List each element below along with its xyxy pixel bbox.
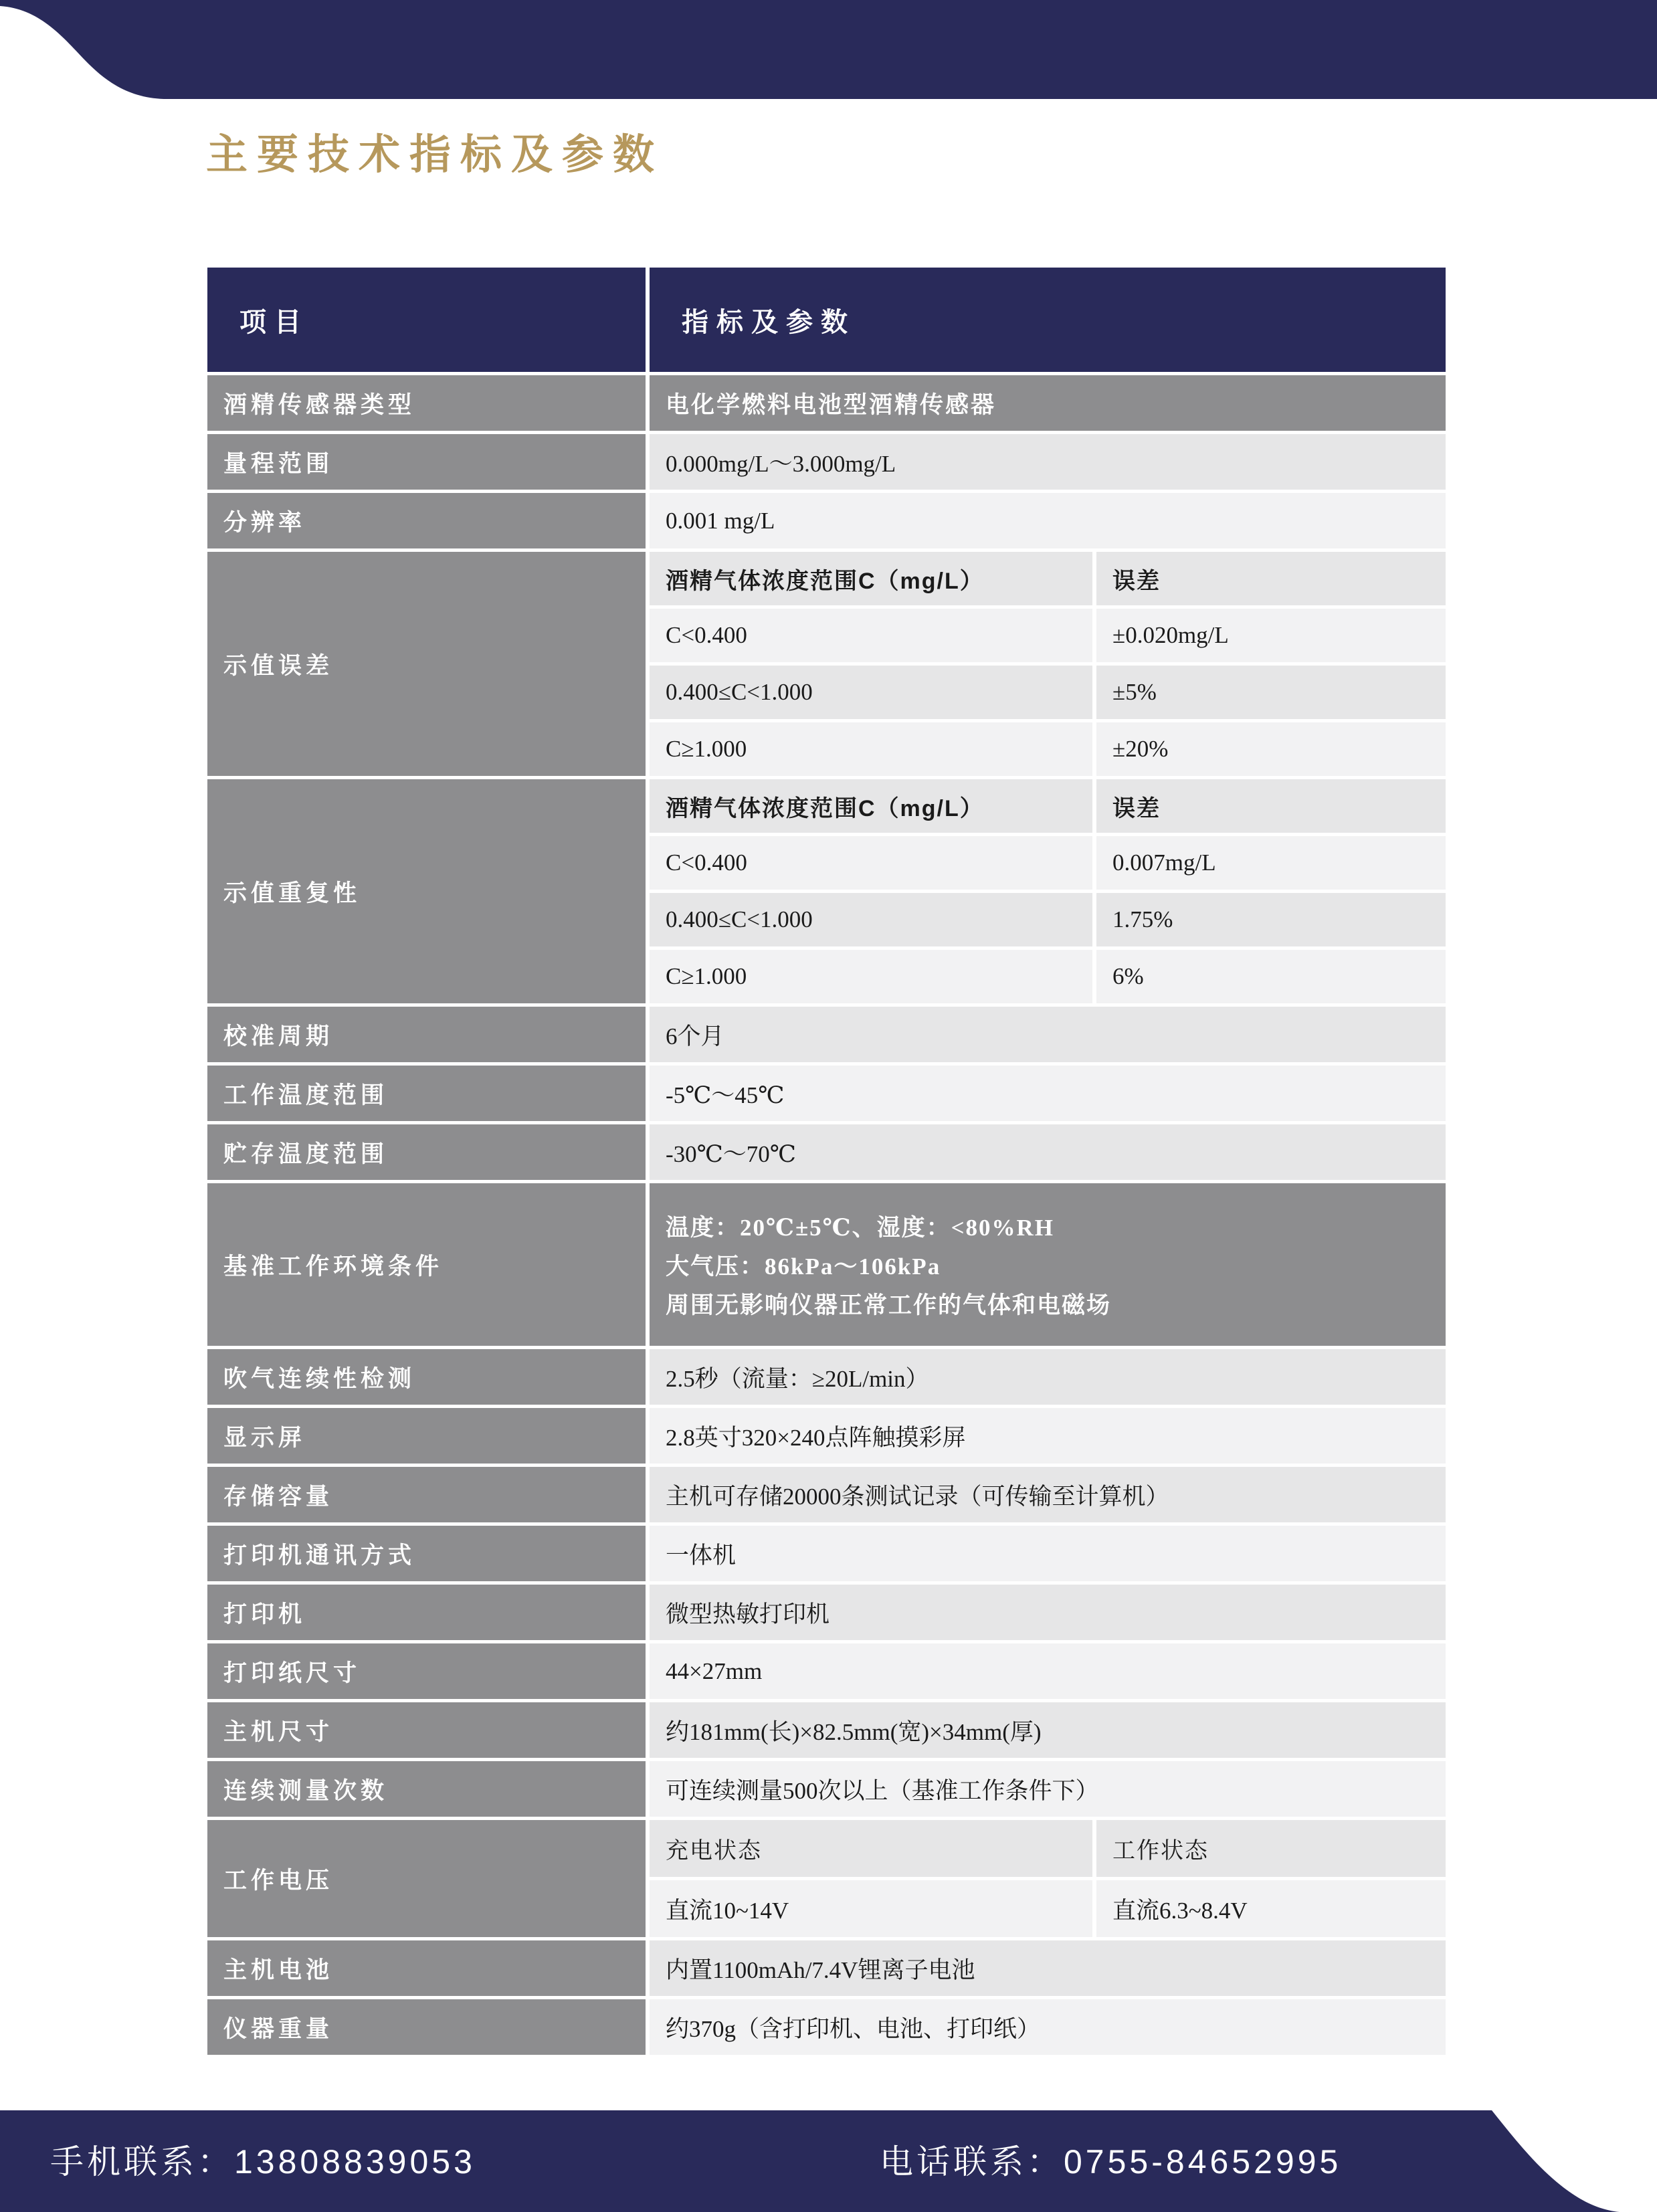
- table-header-item: 项目: [207, 268, 646, 372]
- subrow-cell-value: 工作状态: [1096, 1820, 1446, 1877]
- row-label: 贮存温度范围: [207, 1124, 646, 1180]
- subrows: 酒精气体浓度范围C（mg/L）误差C<0.400±0.020mg/L0.400≤…: [650, 552, 1446, 776]
- row-value: 一体机: [650, 1526, 1446, 1581]
- subrow-cell-condition: 0.400≤C<1.000: [650, 666, 1092, 719]
- table-header-spec: 指标及参数: [650, 268, 1446, 372]
- header-band-shape: [0, 0, 1657, 99]
- table-row: 分辨率0.001 mg/L: [207, 493, 1446, 548]
- table-row: 显示屏2.8英寸320×240点阵触摸彩屏: [207, 1408, 1446, 1464]
- table-rows: 酒精传感器类型电化学燃料电池型酒精传感器量程范围0.000mg/L～3.000m…: [207, 375, 1446, 2055]
- subrow-cell-condition: 酒精气体浓度范围C（mg/L）: [650, 779, 1092, 833]
- row-label: 主机电池: [207, 1940, 646, 1996]
- table-row: 仪器重量约370g（含打印机、电池、打印纸）: [207, 1999, 1446, 2055]
- row-label: 工作电压: [207, 1820, 646, 1937]
- subrow-cell-value: ±20%: [1096, 722, 1446, 776]
- subrow-cell-value: 直流6.3~8.4V: [1096, 1880, 1446, 1937]
- subrow: C<0.400±0.020mg/L: [650, 609, 1446, 662]
- env-line: 大气压：86kPa～106kPa: [666, 1247, 1446, 1286]
- env-line: 温度：20℃±5℃、湿度：<80%RH: [666, 1209, 1446, 1247]
- row-label: 打印机: [207, 1585, 646, 1640]
- footer-phone-contact: 电话联系：0755-84652995: [880, 2142, 1341, 2182]
- row-label: 仪器重量: [207, 1999, 646, 2055]
- row-value: 约370g（含打印机、电池、打印纸）: [650, 1999, 1446, 2055]
- subrow: C≥1.0006%: [650, 950, 1446, 1003]
- table-row: 校准周期6个月: [207, 1007, 1446, 1062]
- spec-table: 项目 指标及参数 酒精传感器类型电化学燃料电池型酒精传感器量程范围0.000mg…: [207, 268, 1446, 2058]
- table-row: 打印机通讯方式一体机: [207, 1526, 1446, 1581]
- subrow: 0.400≤C<1.000±5%: [650, 666, 1446, 719]
- row-label: 校准周期: [207, 1007, 646, 1062]
- row-value: 内置1100mAh/7.4V锂离子电池: [650, 1940, 1446, 1996]
- page-title: 主要技术指标及参数: [206, 132, 664, 178]
- subrow-cell-condition: 充电状态: [650, 1820, 1092, 1877]
- table-row: 工作电压充电状态工作状态直流10~14V直流6.3~8.4V: [207, 1820, 1446, 1937]
- subrow-cell-value: 0.007mg/L: [1096, 836, 1446, 890]
- subrow-cell-value: 误差: [1096, 552, 1446, 605]
- row-label: 示值重复性: [207, 779, 646, 1003]
- env-line: 周围无影响仪器正常工作的气体和电磁场: [666, 1286, 1446, 1325]
- row-value: -5℃～45℃: [650, 1066, 1446, 1121]
- table-row: 存储容量主机可存储20000条测试记录（可传输至计算机）: [207, 1467, 1446, 1522]
- subrows: 充电状态工作状态直流10~14V直流6.3~8.4V: [650, 1820, 1446, 1937]
- subrow-cell-condition: C≥1.000: [650, 722, 1092, 776]
- row-value: 温度：20℃±5℃、湿度：<80%RH大气压：86kPa～106kPa周围无影响…: [650, 1183, 1446, 1346]
- row-label: 工作温度范围: [207, 1066, 646, 1121]
- row-value: 6个月: [650, 1007, 1446, 1062]
- row-value: 44×27mm: [650, 1643, 1446, 1699]
- table-row: 连续测量次数可连续测量500次以上（基准工作条件下）: [207, 1761, 1446, 1817]
- subrow: C≥1.000±20%: [650, 722, 1446, 776]
- row-value: 电化学燃料电池型酒精传感器: [650, 375, 1446, 431]
- row-label: 基准工作环境条件: [207, 1183, 646, 1346]
- row-value: 可连续测量500次以上（基准工作条件下）: [650, 1761, 1446, 1817]
- row-label: 连续测量次数: [207, 1761, 646, 1817]
- subrow: C<0.4000.007mg/L: [650, 836, 1446, 890]
- table-row: 示值重复性酒精气体浓度范围C（mg/L）误差C<0.4000.007mg/L0.…: [207, 779, 1446, 1003]
- subrow-cell-condition: C<0.400: [650, 836, 1092, 890]
- row-value: -30℃～70℃: [650, 1124, 1446, 1180]
- table-row: 示值误差酒精气体浓度范围C（mg/L）误差C<0.400±0.020mg/L0.…: [207, 552, 1446, 776]
- subrow-cell-condition: C≥1.000: [650, 950, 1092, 1003]
- table-row: 基准工作环境条件温度：20℃±5℃、湿度：<80%RH大气压：86kPa～106…: [207, 1183, 1446, 1346]
- subrow: 充电状态工作状态: [650, 1820, 1446, 1877]
- subrow-cell-value: 误差: [1096, 779, 1446, 833]
- page: { "colors": { "navy": "#292a5a", "gold":…: [0, 0, 1657, 2212]
- subrow: 0.400≤C<1.0001.75%: [650, 893, 1446, 946]
- subrow-cell-value: 1.75%: [1096, 893, 1446, 946]
- subrow-cell-value: ±5%: [1096, 666, 1446, 719]
- row-value: 主机可存储20000条测试记录（可传输至计算机）: [650, 1467, 1446, 1522]
- subrow-cell-condition: 酒精气体浓度范围C（mg/L）: [650, 552, 1092, 605]
- row-label: 分辨率: [207, 493, 646, 548]
- table-row: 主机尺寸约181mm(长)×82.5mm(宽)×34mm(厚): [207, 1702, 1446, 1758]
- row-label: 量程范围: [207, 434, 646, 490]
- subrow-cell-value: 6%: [1096, 950, 1446, 1003]
- subrows: 酒精气体浓度范围C（mg/L）误差C<0.4000.007mg/L0.400≤C…: [650, 779, 1446, 1003]
- subrow: 酒精气体浓度范围C（mg/L）误差: [650, 552, 1446, 605]
- row-value: 0.001 mg/L: [650, 493, 1446, 548]
- table-row: 打印纸尺寸44×27mm: [207, 1643, 1446, 1699]
- row-label: 显示屏: [207, 1408, 646, 1464]
- row-value: 微型热敏打印机: [650, 1585, 1446, 1640]
- table-row: 主机电池内置1100mAh/7.4V锂离子电池: [207, 1940, 1446, 1996]
- row-label: 打印机通讯方式: [207, 1526, 646, 1581]
- table-row: 酒精传感器类型电化学燃料电池型酒精传感器: [207, 375, 1446, 431]
- row-value: 约181mm(长)×82.5mm(宽)×34mm(厚): [650, 1702, 1446, 1758]
- footer-mobile-number: 13808839053: [234, 2143, 476, 2181]
- footer-phone-number: 0755-84652995: [1064, 2143, 1341, 2181]
- subrow-cell-condition: C<0.400: [650, 609, 1092, 662]
- table-row: 吹气连续性检测2.5秒（流量：≥20L/min）: [207, 1349, 1446, 1405]
- row-label: 酒精传感器类型: [207, 375, 646, 431]
- row-label: 吹气连续性检测: [207, 1349, 646, 1405]
- table-row: 贮存温度范围-30℃～70℃: [207, 1124, 1446, 1180]
- subrow: 酒精气体浓度范围C（mg/L）误差: [650, 779, 1446, 833]
- row-label: 存储容量: [207, 1467, 646, 1522]
- subrow: 直流10~14V直流6.3~8.4V: [650, 1880, 1446, 1937]
- row-value: 2.8英寸320×240点阵触摸彩屏: [650, 1408, 1446, 1464]
- row-label: 示值误差: [207, 552, 646, 776]
- subrow-cell-condition: 0.400≤C<1.000: [650, 893, 1092, 946]
- footer-phone-label: 电话联系：: [880, 2143, 1064, 2181]
- row-value: 0.000mg/L～3.000mg/L: [650, 434, 1446, 490]
- table-header-row: 项目 指标及参数: [207, 268, 1446, 372]
- header-band: [0, 0, 1657, 99]
- footer-mobile-contact: 手机联系：13808839053: [50, 2142, 476, 2182]
- subrow-cell-condition: 直流10~14V: [650, 1880, 1092, 1937]
- table-row: 打印机微型热敏打印机: [207, 1585, 1446, 1640]
- row-value: 2.5秒（流量：≥20L/min）: [650, 1349, 1446, 1405]
- subrow-cell-value: ±0.020mg/L: [1096, 609, 1446, 662]
- table-row: 工作温度范围-5℃～45℃: [207, 1066, 1446, 1121]
- footer-mobile-label: 手机联系：: [50, 2143, 234, 2181]
- row-label: 打印纸尺寸: [207, 1643, 646, 1699]
- row-label: 主机尺寸: [207, 1702, 646, 1758]
- table-row: 量程范围0.000mg/L～3.000mg/L: [207, 434, 1446, 490]
